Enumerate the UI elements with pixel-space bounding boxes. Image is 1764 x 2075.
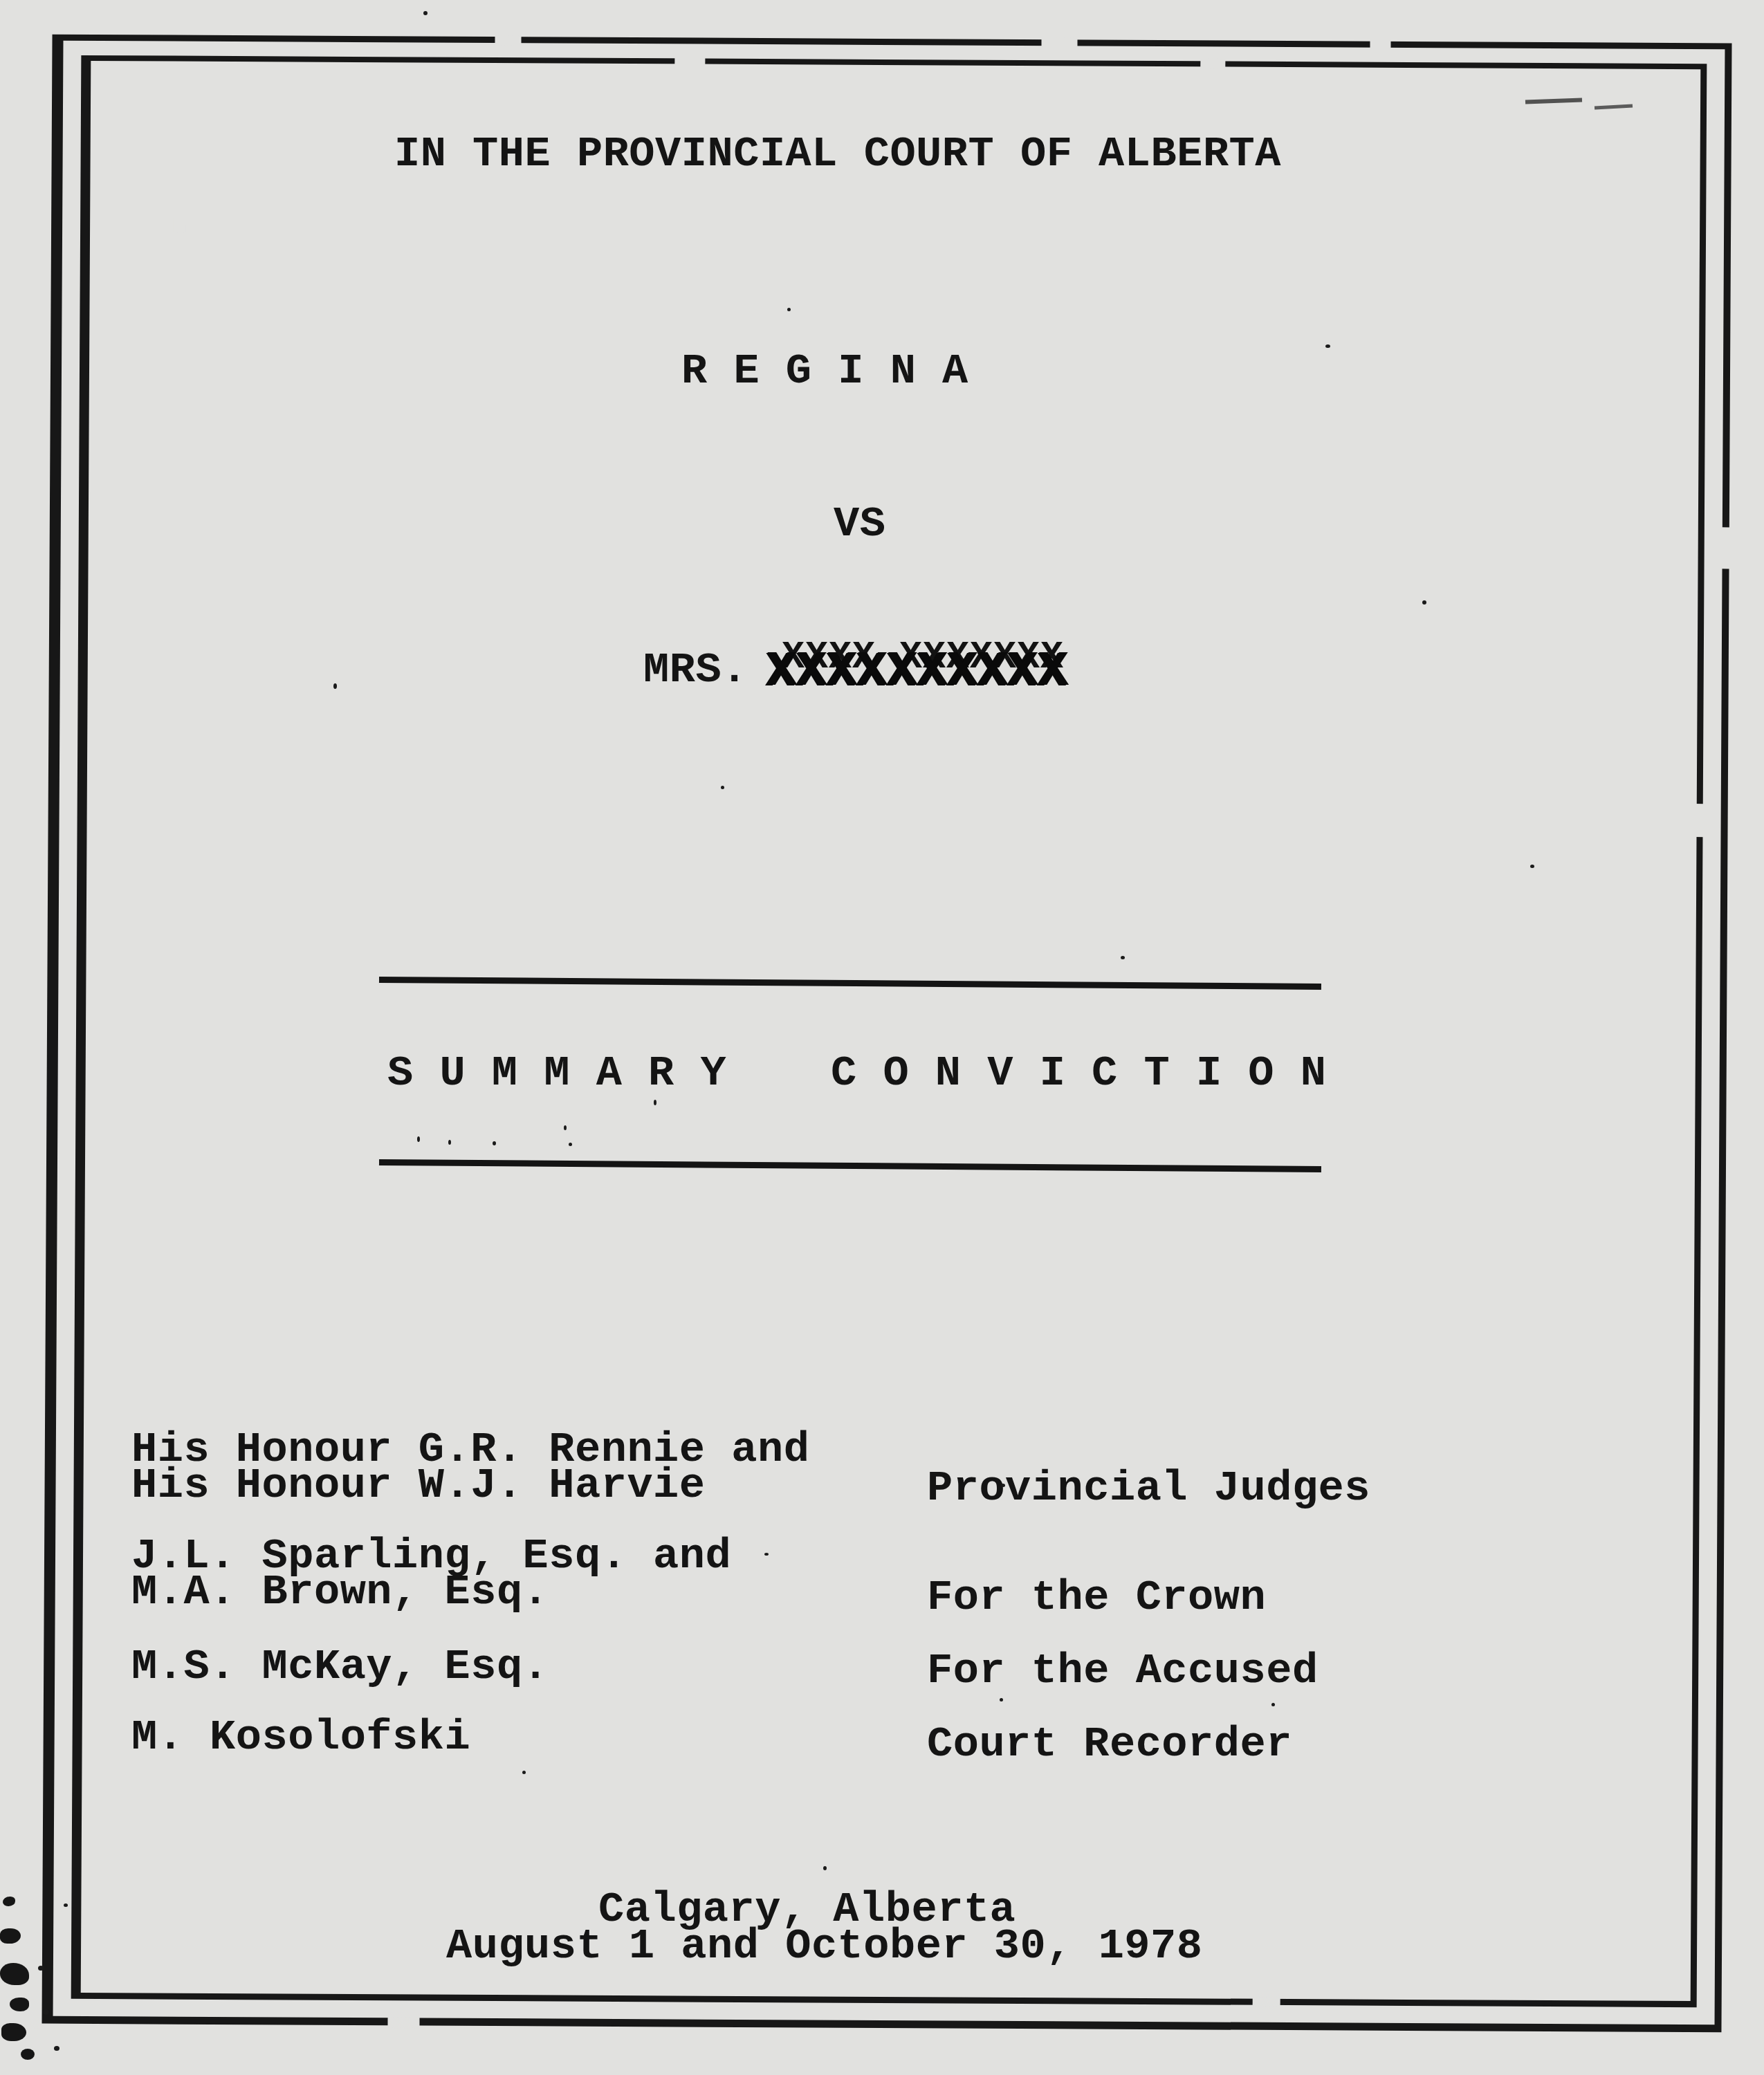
border-break: [1253, 1998, 1280, 2007]
border-break: [1721, 527, 1731, 569]
scan-speck: [1325, 344, 1330, 348]
scan-speck: [1121, 956, 1125, 959]
border-break: [1041, 37, 1077, 48]
border-break: [1696, 804, 1705, 837]
appearance-role: For the Crown: [927, 1573, 1266, 1623]
scan-speck: [64, 1903, 68, 1907]
scan-speck: [721, 786, 724, 789]
versus-label: VS: [834, 499, 885, 549]
plaintiff-name: R E G I N A: [681, 347, 968, 396]
scan-speck: [333, 683, 337, 689]
appearance-role: Court Recorder: [927, 1719, 1292, 1769]
border-break: [1200, 58, 1225, 68]
scan-smudge: [0, 1928, 21, 1944]
accused-prefix: MRS.: [643, 645, 748, 695]
border-break: [1370, 40, 1390, 50]
court-title: IN THE PROVINCIAL COURT OF ALBERTA: [394, 129, 1281, 179]
scanned-page: IN THE PROVINCIAL COURT OF ALBERTA R E G…: [0, 0, 1764, 2075]
scan-smudge: [1, 2023, 26, 2041]
proceeding-type: S U M M A R Y C O N V I C T I O N: [387, 1049, 1326, 1098]
appearance-name-line: M.S. McKay, Esq.: [131, 1642, 549, 1692]
hearing-dates: August 1 and October 30, 1978: [446, 1921, 1202, 1971]
scan-speck: [654, 1100, 656, 1105]
appearance-role: For the Accused: [927, 1646, 1319, 1696]
scan-speck: [54, 2046, 59, 2051]
scan-speck: [38, 1966, 44, 1971]
scan-speck: [1271, 1703, 1275, 1706]
scan-speck: [493, 1141, 496, 1145]
scan-smudge: [0, 1963, 29, 1985]
accused-name-redacted: XXXX XXXXXXX XXXXXXXXXX: [766, 647, 1099, 730]
scan-speck: [448, 1140, 451, 1145]
appearance-name-line: M.A. Brown, Esq.: [131, 1567, 549, 1617]
scan-speck: [423, 11, 428, 15]
scan-speck: [522, 1771, 526, 1774]
border-break: [173, 201, 185, 233]
scan-speck: [764, 1553, 769, 1556]
scan-speck: [1422, 600, 1426, 605]
scan-speck: [823, 1866, 827, 1870]
scan-speck: [569, 1143, 572, 1146]
border-break: [674, 56, 705, 66]
scan-smudge: [10, 1998, 29, 2011]
border-break: [495, 35, 521, 45]
appearance-name-line: His Honour W.J. Harvie: [131, 1461, 706, 1511]
scan-speck: [417, 1136, 420, 1142]
border-break: [387, 2017, 419, 2027]
redaction-overstrike-main: XXXXXXXXXX: [766, 648, 1068, 697]
appearance-role: Provincial Judges: [927, 1464, 1370, 1513]
scan-speck: [564, 1125, 567, 1130]
scan-speck: [787, 308, 791, 311]
scan-speck: [43, 2009, 49, 2015]
scan-speck: [1000, 1698, 1003, 1701]
appearance-name-line: M. Kosolofski: [131, 1713, 470, 1762]
scan-speck: [1530, 865, 1534, 868]
scan-speck: [1001, 1484, 1005, 1487]
scan-smudge: [3, 1897, 15, 1906]
scan-smudge: [21, 2049, 35, 2060]
